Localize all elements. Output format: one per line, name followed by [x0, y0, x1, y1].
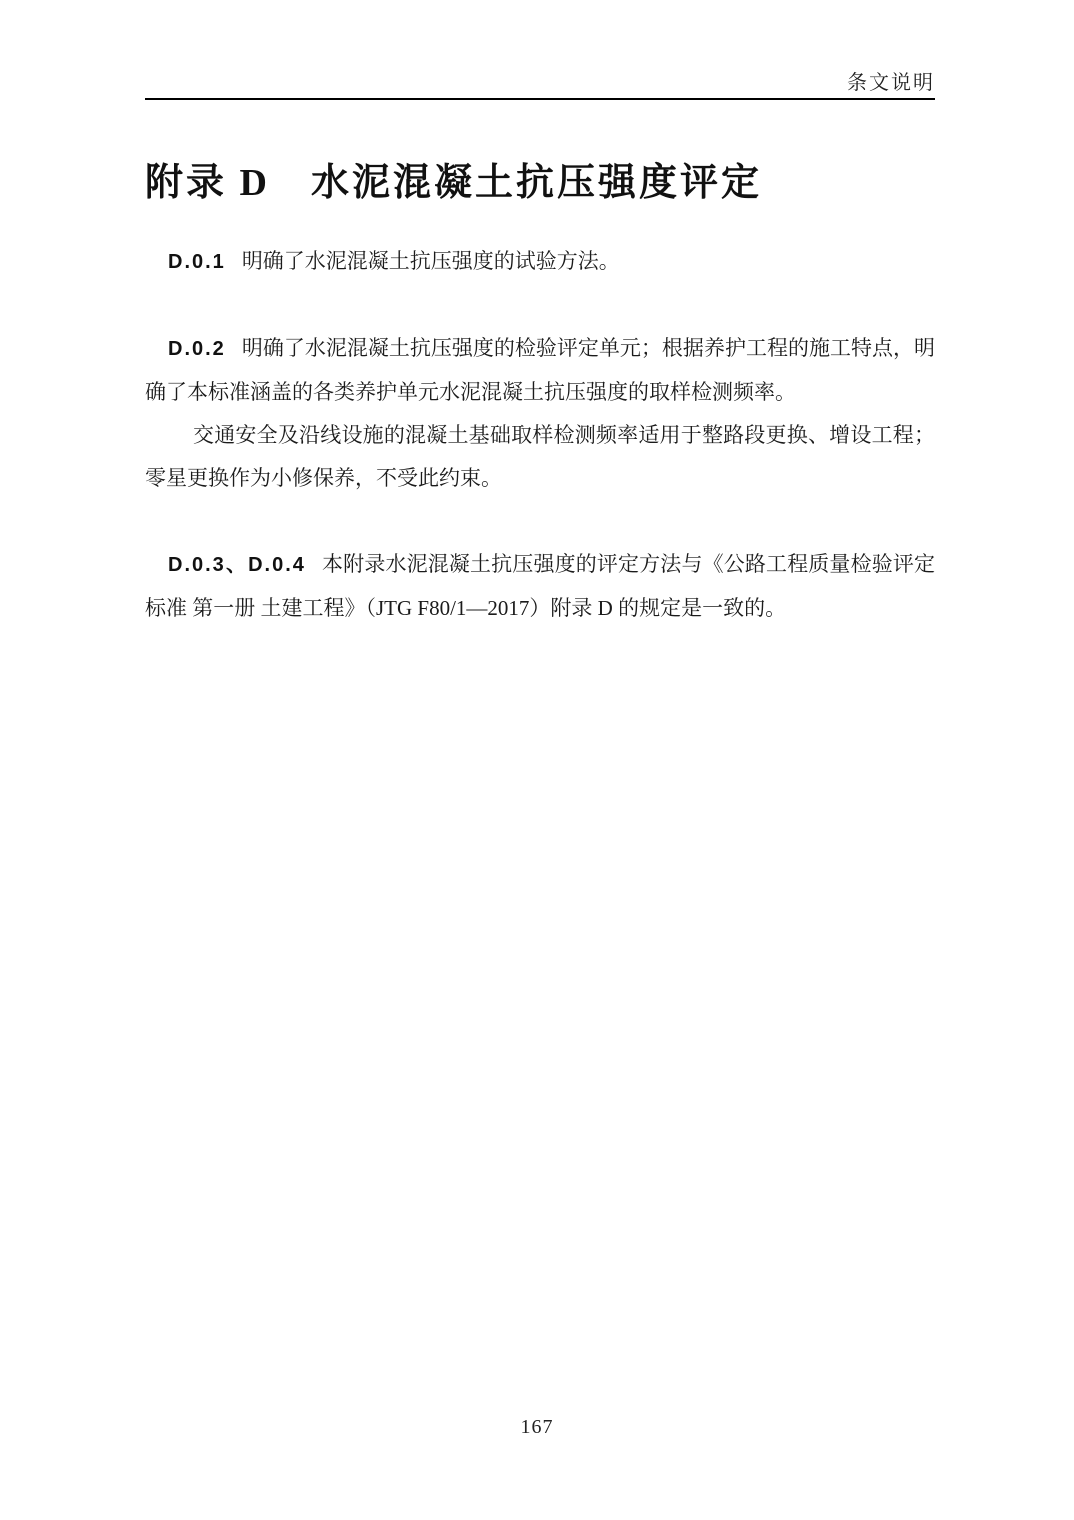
clause-paragraph-d03-d04: D.0.3、D.0.4本附录水泥混凝土抗压强度的评定方法与《公路工程质量检验评定… [145, 543, 935, 630]
clause-paragraph-note: 交通安全及沿线设施的混凝土基础取样检测频率适用于整路段更换、增设工程；零星更换作… [145, 414, 935, 500]
appendix-title: 附录 D 水泥混凝土抗压强度评定 [145, 160, 935, 207]
header-rule [145, 98, 935, 100]
document-page: 条文说明 附录 D 水泥混凝土抗压强度评定 D.0.1明确了水泥混凝土抗压强度的… [0, 0, 1074, 1520]
clause-paragraph-d02: D.0.2明确了水泥混凝土抗压强度的检验评定单元；根据养护工程的施工特点，明确了… [145, 327, 935, 414]
clause-number-d01: D.0.1 [168, 251, 226, 273]
clause-number-d02: D.0.2 [168, 338, 226, 360]
running-header-text: 条文说明 [145, 72, 935, 94]
clause-text-d02: 明确了水泥混凝土抗压强度的检验评定单元；根据养护工程的施工特点，明确了本标准涵盖… [145, 336, 935, 404]
page-footer: 167 [0, 1416, 1074, 1439]
document-content: 条文说明 附录 D 水泥混凝土抗压强度评定 D.0.1明确了水泥混凝土抗压强度的… [145, 0, 935, 630]
page-number: 167 [521, 1416, 554, 1438]
page-header: 条文说明 [145, 0, 935, 100]
clause-paragraph-d01: D.0.1明确了水泥混凝土抗压强度的试验方法。 [145, 240, 935, 284]
clause-number-d03-d04: D.0.3、D.0.4 [168, 554, 306, 576]
clause-text-d01: 明确了水泥混凝土抗压强度的试验方法。 [242, 249, 620, 273]
clause-text-note: 交通安全及沿线设施的混凝土基础取样检测频率适用于整路段更换、增设工程；零星更换作… [145, 423, 935, 490]
